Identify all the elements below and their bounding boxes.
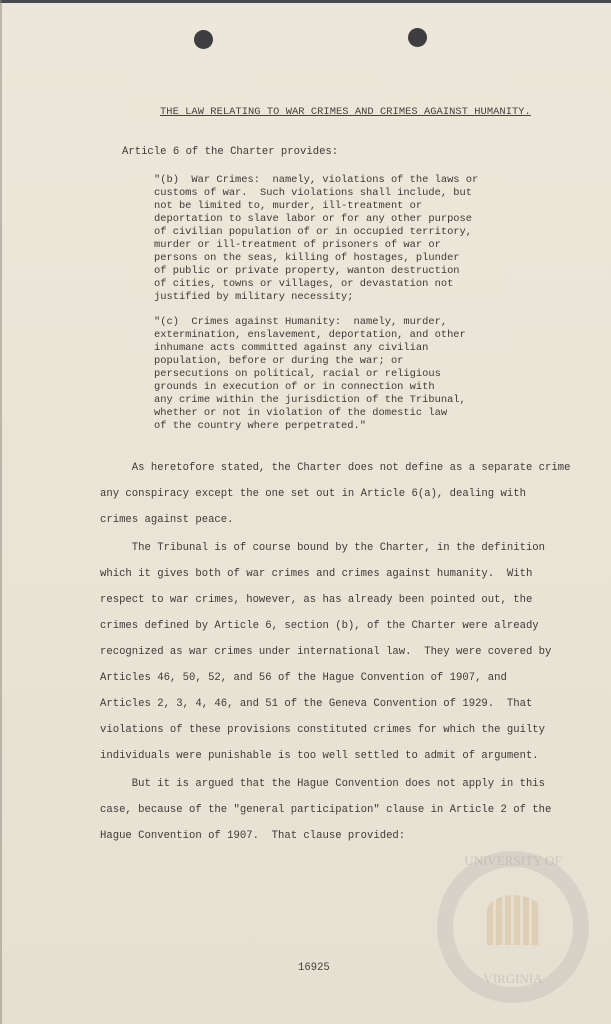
seal-bottom-text: VIRGINIA <box>453 971 573 987</box>
body-line: which it gives both of war crimes and cr… <box>100 568 532 580</box>
punch-hole-right <box>408 28 427 47</box>
intro-line: Article 6 of the Charter provides: <box>122 146 338 158</box>
body-line: violations of these provisions constitut… <box>100 724 545 736</box>
quote-line: justified by military necessity; <box>154 291 354 303</box>
quote-line: of the country where perpetrated." <box>154 420 366 432</box>
body-line: any conspiracy except the one set out in… <box>100 488 526 500</box>
page-number: 16925 <box>298 962 330 974</box>
body-line: The Tribunal is of course bound by the C… <box>100 542 545 554</box>
quote-line: whether or not in violation of the domes… <box>154 407 447 419</box>
rotunda-icon <box>487 895 541 945</box>
body-line: recognized as war crimes under internati… <box>100 646 551 658</box>
scan-left-edge <box>0 0 2 1024</box>
body-line: case, because of the "general participat… <box>100 804 551 816</box>
quote-line: "(c) Crimes against Humanity: namely, mu… <box>154 316 447 328</box>
document-title: THE LAW RELATING TO WAR CRIMES AND CRIME… <box>160 106 531 118</box>
quote-line: any crime within the jurisdiction of the… <box>154 394 466 406</box>
university-seal-watermark: UNIVERSITY OF VIRGINIA <box>437 851 589 1003</box>
body-line: crimes against peace. <box>100 514 234 526</box>
body-line: individuals were punishable is too well … <box>100 750 539 762</box>
quote-line: extermination, enslavement, deportation,… <box>154 329 466 341</box>
quote-line: of civilian population of or in occupied… <box>154 226 472 238</box>
quote-line: "(b) War Crimes: namely, violations of t… <box>154 174 478 186</box>
quote-line: grounds in execution of or in connection… <box>154 381 435 393</box>
body-line: respect to war crimes, however, as has a… <box>100 594 532 606</box>
seal-top-text: UNIVERSITY OF <box>453 853 573 869</box>
body-line: crimes defined by Article 6, section (b)… <box>100 620 539 632</box>
quote-line: inhumane acts committed against any civi… <box>154 342 428 354</box>
quote-line: deportation to slave labor or for any ot… <box>154 213 472 225</box>
body-line: Articles 2, 3, 4, 46, and 51 of the Gene… <box>100 698 532 710</box>
quote-line: persecutions on political, racial or rel… <box>154 368 441 380</box>
quote-line: customs of war. Such violations shall in… <box>154 187 472 199</box>
quote-line: population, before or during the war; or <box>154 355 403 367</box>
body-line: As heretofore stated, the Charter does n… <box>100 462 570 474</box>
body-line: But it is argued that the Hague Conventi… <box>100 778 545 790</box>
quote-line: persons on the seas, killing of hostages… <box>154 252 460 264</box>
body-line: Hague Convention of 1907. That clause pr… <box>100 830 405 842</box>
punch-hole-left <box>194 30 213 49</box>
quote-line: murder or ill-treatment of prisoners of … <box>154 239 441 251</box>
body-line: Articles 46, 50, 52, and 56 of the Hague… <box>100 672 507 684</box>
quote-line: of public or private property, wanton de… <box>154 265 460 277</box>
quote-line: not be limited to, murder, ill-treatment… <box>154 200 422 212</box>
quote-line: of cities, towns or villages, or devasta… <box>154 278 453 290</box>
